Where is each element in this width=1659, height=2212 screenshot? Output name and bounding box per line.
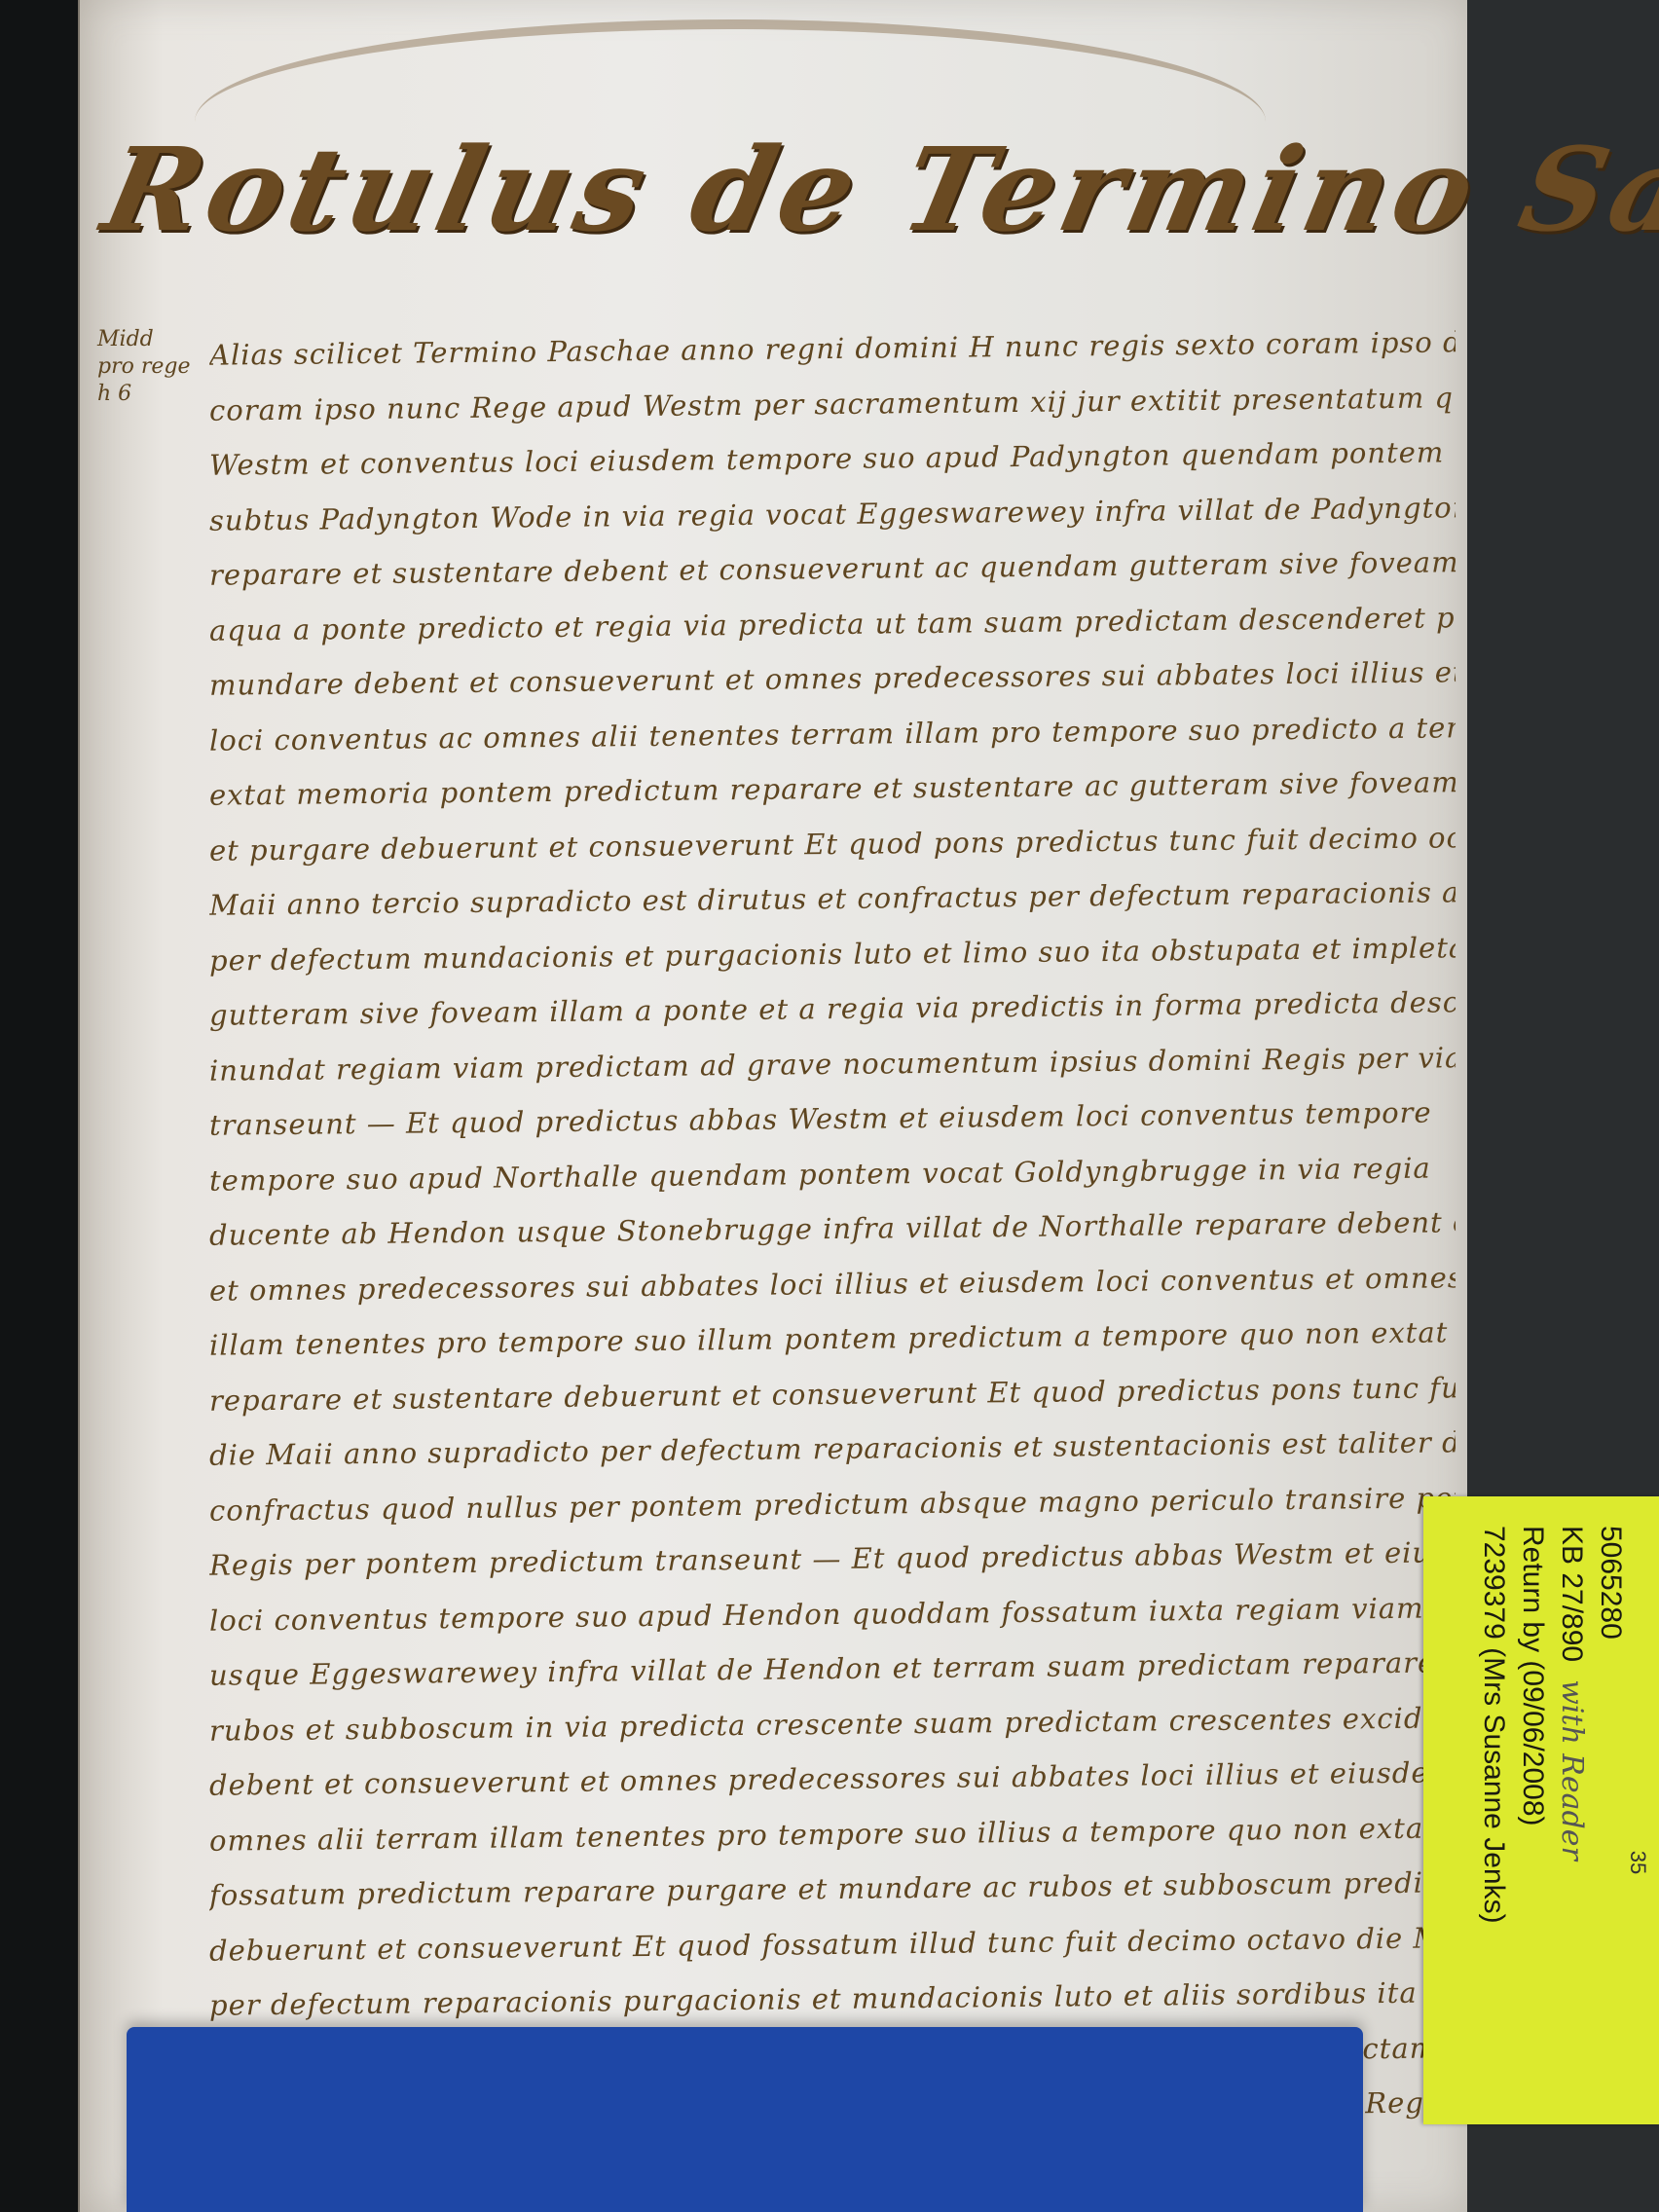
archive-request-slip: 5065280 KB 27/890with Reader Return by (… [1423,1496,1659,2124]
slip-text: 5065280 KB 27/890with Reader Return by (… [1423,1496,1659,2124]
manuscript-body: Alias scilicet Termino Paschae anno regn… [209,321,1456,2137]
margin-note: Midd pro rege h 6 [97,326,204,408]
handwritten-note: with Reader [1555,1679,1589,1861]
slip-reader: 7239379 (Mrs Susanne Jenks) [1474,1526,1513,2124]
document-heading: Rotulus de Termino Sancti Hillarii Rex [79,58,1458,321]
slip-reference: KB 27/890with Reader [1552,1526,1591,2124]
margin-note-line: h 6 [97,381,204,408]
page-number: 35 [1625,1851,1650,1874]
margin-note-line: pro rege [97,353,204,381]
background-left [0,0,78,2212]
blue-paper-overlay [127,2027,1363,2212]
slip-request-number: 5065280 [1591,1526,1630,2124]
slip-return-date: Return by (09/06/2008) [1513,1526,1552,2124]
margin-note-line: Midd [97,326,204,353]
slip-reference-text: KB 27/890 [1556,1526,1588,1662]
